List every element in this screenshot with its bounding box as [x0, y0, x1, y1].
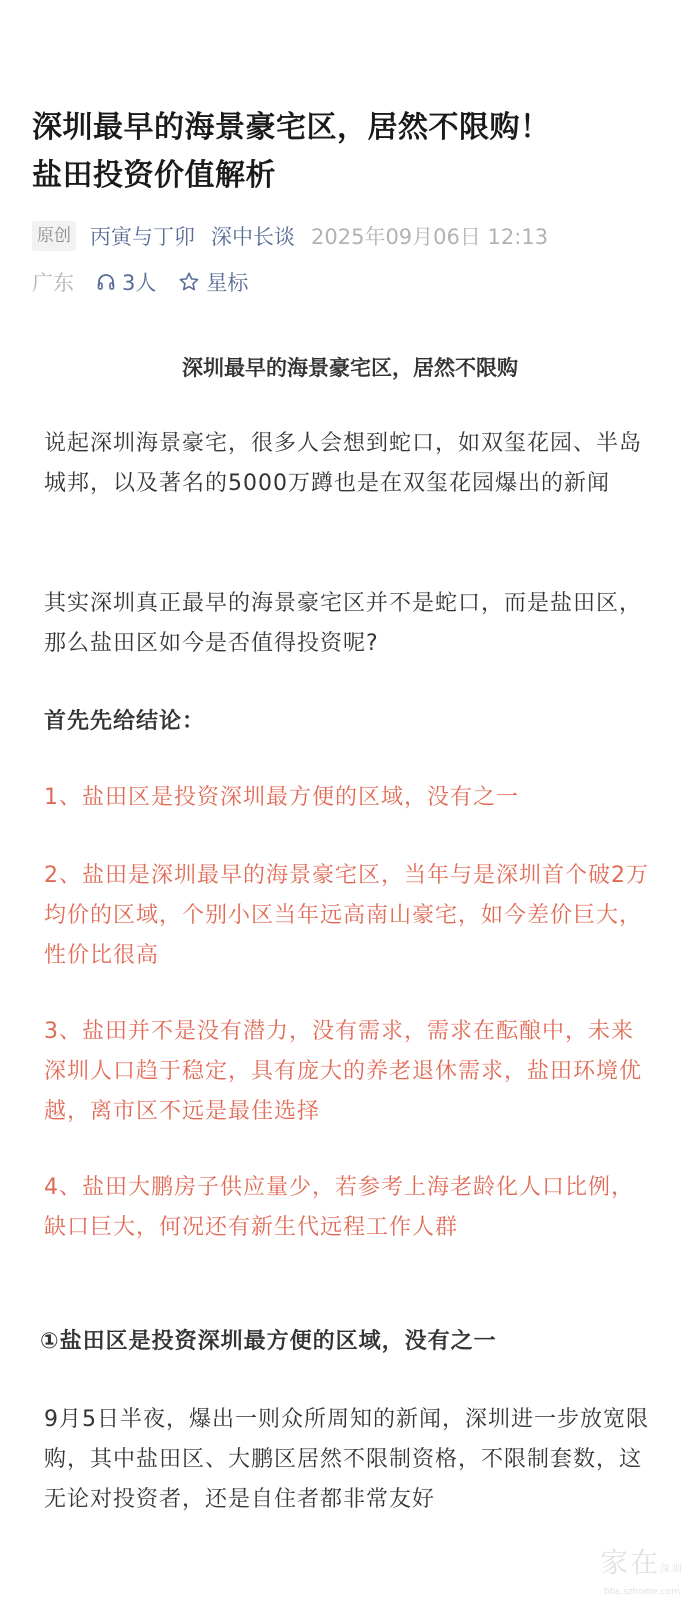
star-label: 星标: [206, 267, 248, 297]
original-badge: 原创: [32, 221, 76, 251]
section-1-heading: ①盐田区是投资深圳最方便的区域，没有之一: [40, 1322, 652, 1362]
star-button[interactable]: 星标: [178, 267, 248, 297]
headphones-icon: [96, 272, 116, 292]
watermark-badge: 深圳: [660, 1564, 684, 1575]
listen-count: 3人: [122, 267, 156, 297]
conclusion-item-3: 3、盐田并不是没有潜力，没有需求，需求在酝酿中，未来深圳人口趋于稳定，具有庞大的…: [44, 1012, 656, 1132]
location-label: 广东: [32, 267, 74, 297]
paragraph-intro: 说起深圳海景豪宅，很多人会想到蛇口，如双玺花园、半岛城邦，以及著名的5000万蹲…: [44, 424, 656, 504]
article-meta-row: 原创 丙寅与丁卯 深中长谈 2025年09月06日 12:13: [32, 220, 548, 252]
section-1-paragraph: 9月5日半夜，爆出一则众所周知的新闻，深圳进一步放宽限购，其中盐田区、大鹏区居然…: [44, 1400, 656, 1520]
conclusion-item-4: 4、盐田大鹏房子供应量少，若参考上海老龄化人口比例，缺口巨大，何况还有新生代远程…: [44, 1168, 656, 1248]
article-meta-row-2: 广东 3人 星标: [32, 266, 248, 298]
conclusion-heading: 首先先给结论：: [44, 702, 656, 742]
section-heading-center: 深圳最早的海景豪宅区，居然不限购: [0, 352, 700, 384]
paragraph-question: 其实深圳真正最早的海景豪宅区并不是蛇口，而是盐田区，那么盐田区如今是否值得投资呢…: [44, 584, 656, 664]
author-link[interactable]: 丙寅与丁卯: [90, 221, 195, 251]
watermark-url: bbs.szhome.com: [592, 1586, 692, 1598]
account-name-link[interactable]: 深中长谈: [211, 221, 295, 251]
article-title: 深圳最早的海景豪宅区，居然不限购！ 盐田投资价值解析: [32, 104, 672, 200]
conclusion-item-1: 1、盐田区是投资深圳最方便的区域，没有之一: [44, 778, 656, 818]
star-outline-icon: [178, 271, 200, 293]
conclusion-item-2: 2、盐田是深圳最早的海景豪宅区，当年与是深圳首个破2万均价的区域，个别小区当年远…: [44, 856, 656, 976]
watermark-main: 家在: [600, 1546, 660, 1579]
publish-date: 2025年09月06日 12:13: [311, 221, 548, 251]
article-page: 深圳最早的海景豪宅区，居然不限购！ 盐田投资价值解析 原创 丙寅与丁卯 深中长谈…: [0, 0, 700, 1605]
title-line-2: 盐田投资价值解析: [32, 152, 672, 200]
title-line-1: 深圳最早的海景豪宅区，居然不限购！: [32, 104, 672, 152]
listen-button[interactable]: 3人: [96, 267, 156, 297]
site-watermark: 家在深圳 bbs.szhome.com: [592, 1547, 692, 1597]
